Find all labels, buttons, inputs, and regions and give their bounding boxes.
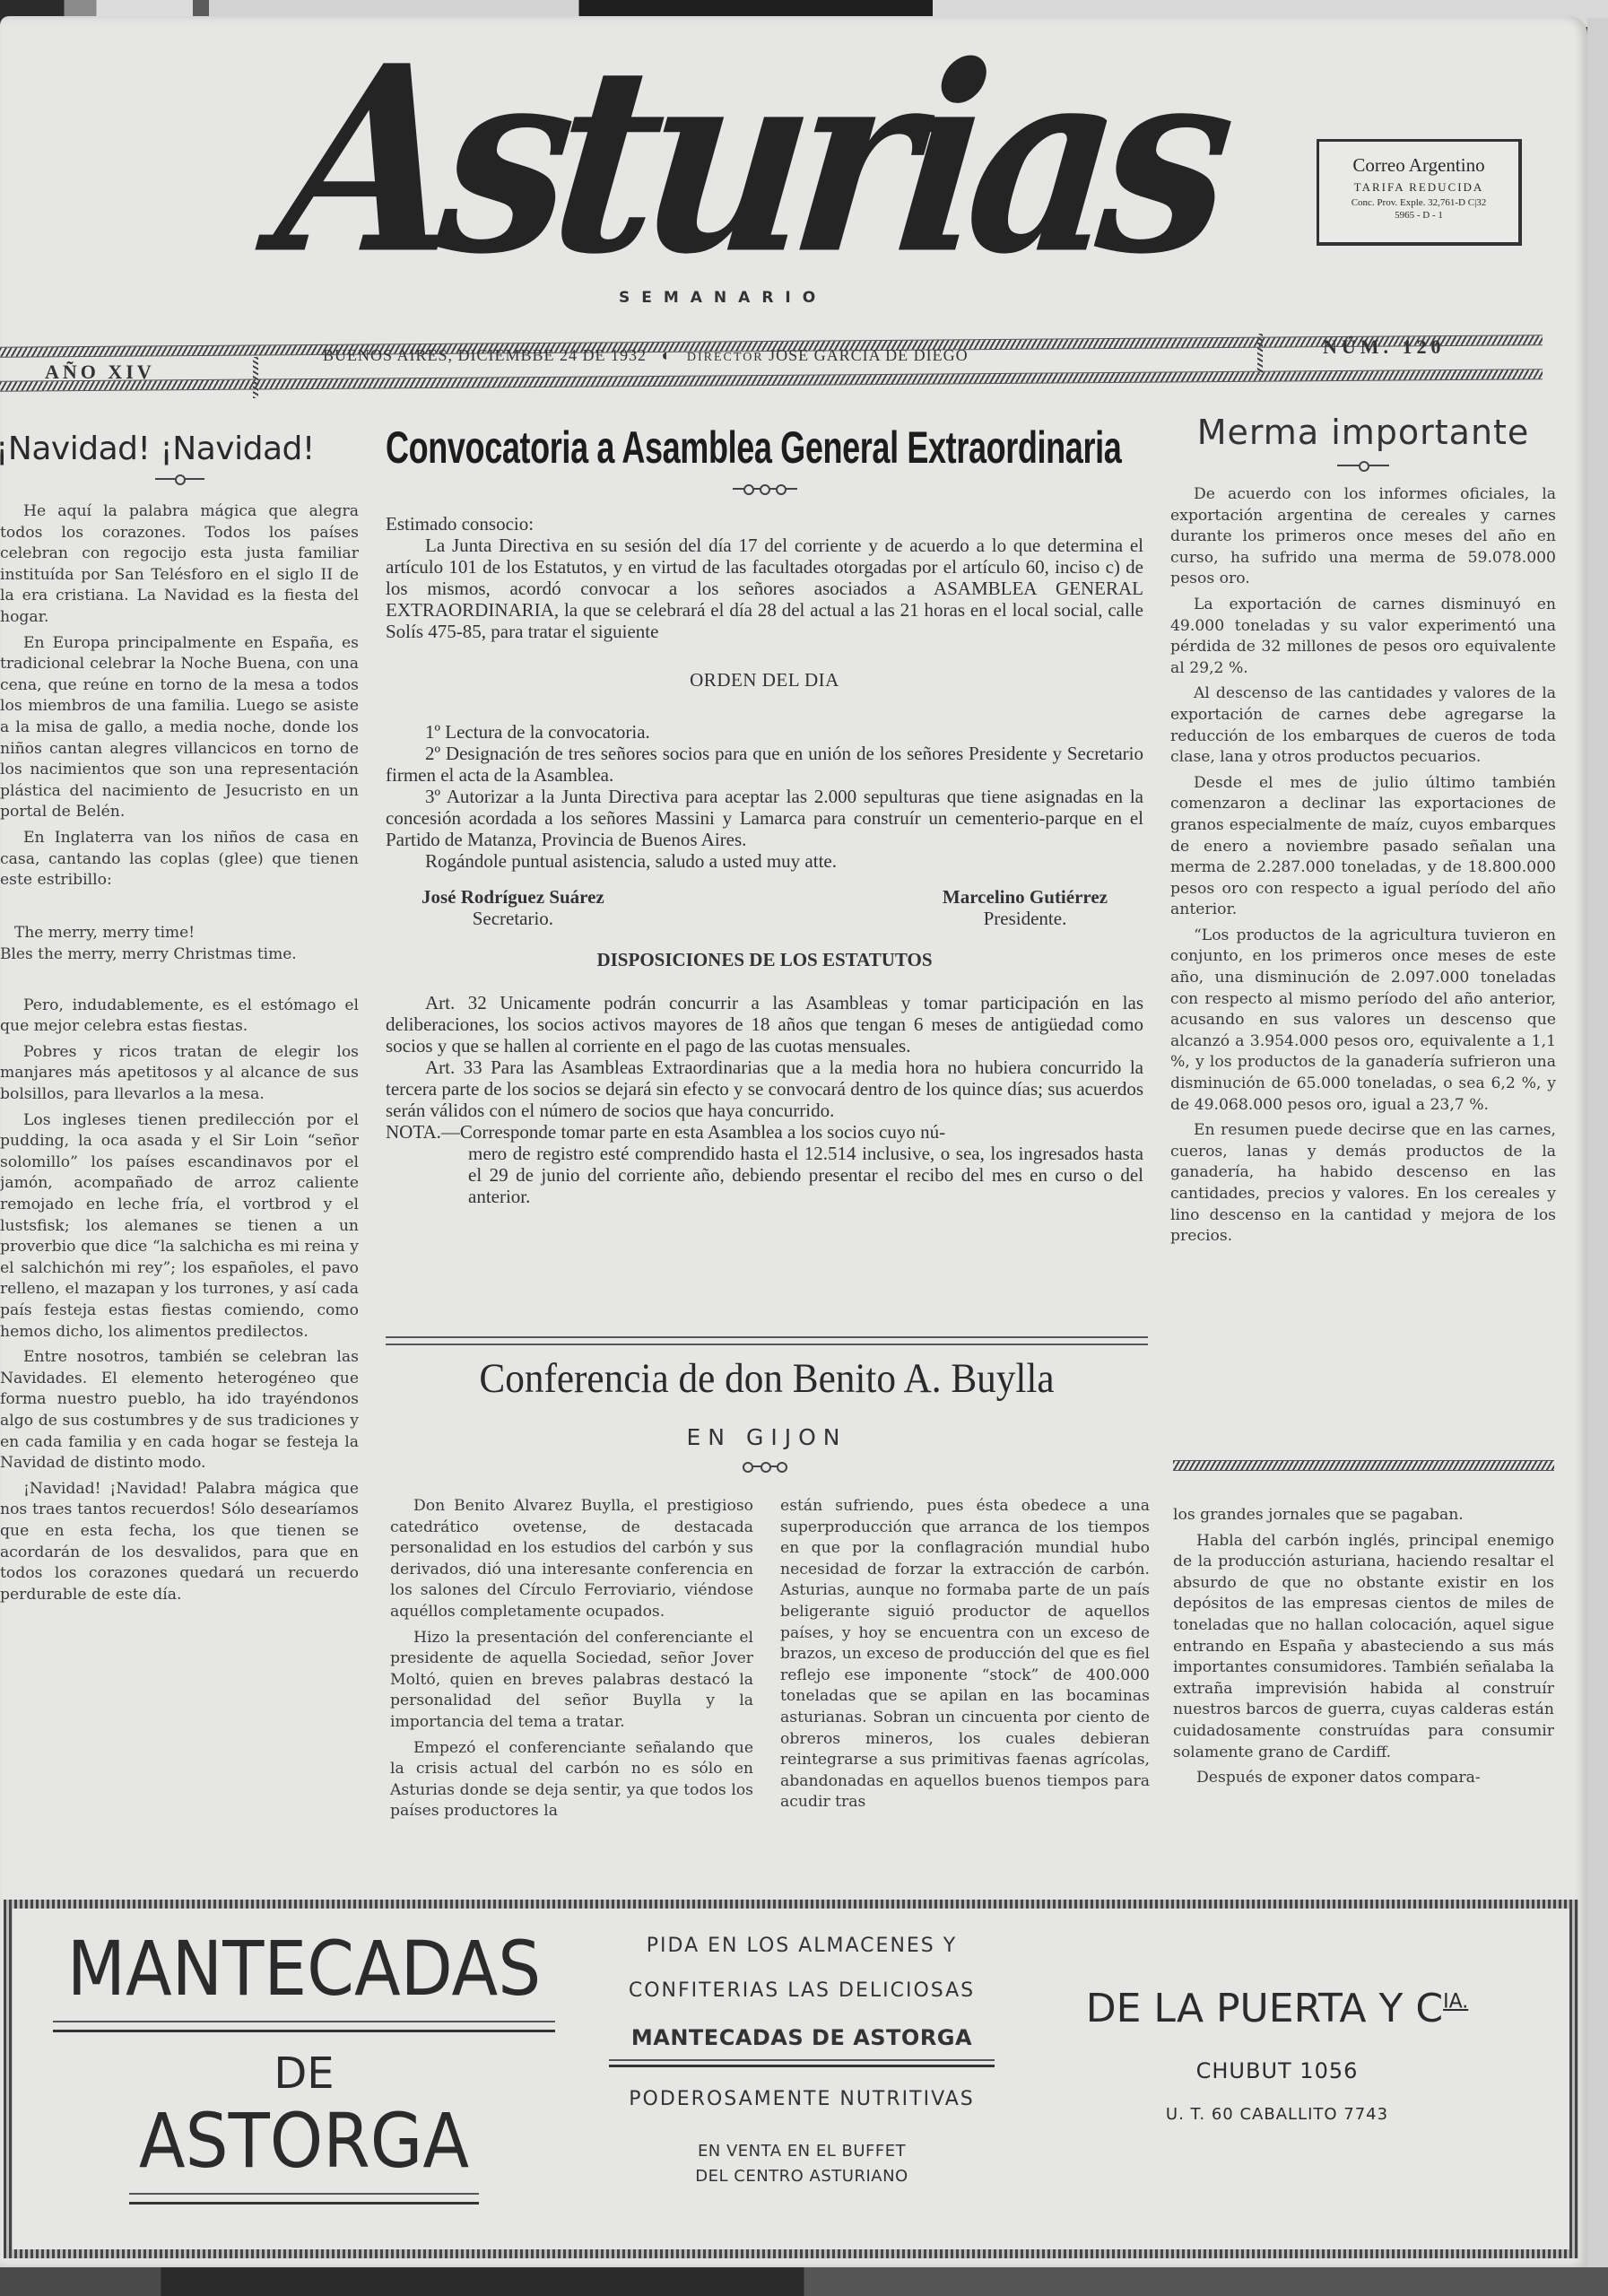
- masthead-title: Asturias: [226, 11, 1271, 312]
- photo-background-bottom: [0, 2267, 1608, 2296]
- dateline: BUENOS AIRES, DICIEMBBE 24 DE 1932 ◐ DIR…: [323, 346, 969, 365]
- paragraph: En Inglaterra van los niños de casa en c…: [0, 828, 359, 891]
- verse-line: The merry, merry time!: [0, 922, 359, 944]
- conferencia-column-1: Don Benito Alvarez Buylla, el prestigios…: [390, 1496, 753, 1822]
- statutes-heading: DISPOSICIONES DE LOS ESTATUTOS: [386, 949, 1143, 970]
- year-label: AÑO XIV: [45, 361, 155, 384]
- ad-line: PIDA EN LOS ALMACENES Y: [595, 1934, 1008, 1959]
- ad-company: DE LA PUERTA Y CIA. CHUBUT 1056 U. T. 60…: [1044, 1909, 1510, 2124]
- flourish-ornament: [743, 1460, 787, 1473]
- paragraph: Desde el mes de julio último también com…: [1170, 773, 1556, 921]
- conferencia-column-2: están sufriendo, pues ésta obedece a una…: [780, 1496, 1150, 1813]
- ad-line: CONFITERIAS LAS DELICIOSAS: [595, 1979, 1008, 2004]
- agenda-item: 3º Autorizar a la Junta Directiva para a…: [386, 786, 1143, 850]
- paragraph: La exportación de carnes disminuyó en 49…: [1170, 595, 1556, 679]
- note-label: NOTA.—: [386, 1121, 460, 1143]
- ad-phone: U. T. 60 CABALLITO 7743: [1044, 2105, 1510, 2124]
- article-title: Convocatoria a Asamblea General Extraord…: [386, 422, 931, 474]
- ad-headline: DE: [39, 2048, 569, 2099]
- director-name: JOSE GARCIA DE DIEGO: [769, 346, 969, 364]
- signature-secretary: José Rodríguez Suárez Secretario.: [422, 886, 604, 929]
- paragraph: En resumen puede decirse que en las carn…: [1170, 1120, 1556, 1248]
- ad-headline: MANTECADAS: [66, 1926, 543, 2012]
- note-text-continued: mero de registro esté comprendido hasta …: [468, 1143, 1143, 1207]
- paragraph: En Europa principalmente en España, es t…: [0, 633, 359, 823]
- bullet-ornament: ◐: [652, 346, 682, 364]
- article-navidad: ¡Navidad! ¡Navidad! He aquí la palabra m…: [0, 430, 359, 1605]
- postal-line-1: Correo Argentino: [1319, 154, 1518, 177]
- postal-rate-box: Correo Argentino TARIFA REDUCIDA Conc. P…: [1317, 139, 1522, 246]
- double-rule-divider: [386, 1336, 1148, 1345]
- conferencia-column-3: los grandes jornales que se pagaban. Hab…: [1173, 1505, 1554, 1789]
- salutation: Estimado consocio:: [386, 513, 1143, 535]
- intro-paragraph: La Junta Directiva en su sesión del día …: [386, 535, 1143, 642]
- flourish-ornament: [1337, 459, 1389, 472]
- ad-line: EN VENTA EN EL BUFFET: [595, 2139, 1008, 2164]
- paragraph: Don Benito Alvarez Buylla, el prestigios…: [390, 1496, 753, 1623]
- postal-line-3: Conc. Prov. Exple. 32,761-D C|32: [1319, 197, 1518, 208]
- paragraph: Empezó el conferenciante señalando que l…: [390, 1738, 753, 1822]
- article-title: Conferencia de don Benito A. Buylla: [416, 1354, 1117, 1403]
- agenda-heading: ORDEN DEL DIA: [386, 669, 1143, 691]
- article-body: Estimado consocio: La Junta Directiva en…: [386, 513, 1143, 1207]
- statute-article: Art. 32 Unicamente podrán concurrir a la…: [386, 992, 1143, 1057]
- paragraph: Hizo la presentación del conferenciante …: [390, 1628, 753, 1734]
- page-edge: [1587, 18, 1608, 2296]
- paragraph: He aquí la palabra mágica que alegra tod…: [0, 501, 359, 629]
- paragraph: Pobres y ricos tratan de elegir los manj…: [0, 1042, 359, 1106]
- ad-rule: [609, 2059, 995, 2067]
- ad-line-emphasis: MANTECADAS DE ASTORGA: [595, 2025, 1008, 2050]
- article-body-continued: Pero, indudablemente, es el estómago el …: [0, 996, 359, 1606]
- note-text: Corresponde tomar parte en esta Asamblea…: [460, 1121, 945, 1143]
- ad-address: CHUBUT 1056: [1044, 2058, 1510, 2083]
- ad-middle-text: PIDA EN LOS ALMACENES Y CONFITERIAS LAS …: [595, 1934, 1008, 2189]
- ad-rule: [53, 2021, 555, 2032]
- ad-rule: [129, 2193, 479, 2205]
- advertisement-inner: MANTECADAS DE ASTORGA PIDA EN LOS ALMACE…: [13, 1909, 1569, 2249]
- paragraph: De acuerdo con los informes oficiales, l…: [1170, 484, 1556, 590]
- paragraph: Pero, indudablemente, es el estómago el …: [0, 996, 359, 1038]
- signature-role: Secretario.: [422, 908, 604, 929]
- paragraph: Los ingleses tienen predilección por el …: [0, 1110, 359, 1344]
- issue-number: NÚM. 120: [1323, 335, 1446, 359]
- signature-name: José Rodríguez Suárez: [422, 886, 604, 908]
- article-title: Merma importante: [1170, 413, 1556, 452]
- flourish-ornament: [733, 483, 797, 495]
- paragraph: Entre nosotros, también se celebran las …: [0, 1347, 359, 1474]
- ad-line: PODEROSAMENTE NUTRITIVAS: [595, 2087, 1008, 2112]
- ad-company-name: DE LA PUERTA Y CIA.: [1044, 1986, 1510, 2031]
- article-convocatoria: Convocatoria a Asamblea General Extraord…: [386, 422, 1143, 1207]
- paragraph: ¡Navidad! ¡Navidad! Palabra mágica que n…: [0, 1479, 359, 1606]
- statute-article: Art. 33 Para las Asambleas Extraordinari…: [386, 1057, 1143, 1121]
- paragraph: están sufriendo, pues ésta obedece a una…: [780, 1496, 1150, 1813]
- article-title: ¡Navidad! ¡Navidad!: [0, 430, 359, 467]
- paragraph: Después de exponer datos compara-: [1173, 1768, 1554, 1789]
- paragraph: “Los productos de la agricultura tuviero…: [1170, 926, 1556, 1116]
- ad-line: DEL CENTRO ASTURIANO: [595, 2164, 1008, 2189]
- signature-role: Presidente.: [943, 908, 1108, 929]
- advertisement-box: MANTECADAS DE ASTORGA PIDA EN LOS ALMACE…: [4, 1900, 1578, 2258]
- signature-name: Marcelino Gutiérrez: [943, 886, 1108, 908]
- verse-line: Bles the merry, merry Christmas time.: [0, 944, 359, 965]
- date-text: BUENOS AIRES, DICIEMBBE 24 DE 1932: [323, 346, 647, 364]
- agenda-item: 2º Designación de tres señores socios pa…: [386, 743, 1143, 786]
- article-merma: Merma importante De acuerdo con los info…: [1170, 413, 1556, 1248]
- hatched-rule-divider: [1173, 1460, 1554, 1471]
- article-subtitle: EN GIJON: [386, 1424, 1148, 1450]
- ad-headline: ASTORGA: [66, 2099, 543, 2184]
- closing: Rogándole puntual asistencia, saludo a u…: [386, 850, 1143, 872]
- divider-ornament: [253, 357, 258, 398]
- company-suffix: IA.: [1443, 1990, 1468, 2013]
- flourish-ornament: [155, 473, 204, 485]
- agenda-item: 1º Lectura de la convocatoria.: [386, 721, 1143, 743]
- article-body: De acuerdo con los informes oficiales, l…: [1170, 484, 1556, 1248]
- verse-block: The merry, merry time! Bles the merry, m…: [0, 922, 359, 965]
- note: NOTA.— Corresponde tomar parte en esta A…: [386, 1121, 1143, 1143]
- ad-product-name: MANTECADAS DE ASTORGA: [39, 1926, 569, 2213]
- article-body: He aquí la palabra mágica que alegra tod…: [0, 501, 359, 891]
- postal-line-2: TARIFA REDUCIDA: [1319, 180, 1518, 195]
- masthead-subtitle: SEMANARIO: [619, 289, 827, 307]
- company-name: DE LA PUERTA Y C: [1086, 1986, 1443, 2031]
- divider-ornament: [1257, 334, 1263, 375]
- paragraph: Habla del carbón inglés, principal enemi…: [1173, 1531, 1554, 1764]
- paragraph: los grandes jornales que se pagaban.: [1173, 1505, 1554, 1526]
- signature-president: Marcelino Gutiérrez Presidente.: [943, 886, 1108, 929]
- director-label: DIRECTOR: [687, 351, 764, 364]
- signatures: José Rodríguez Suárez Secretario. Marcel…: [386, 886, 1143, 929]
- paragraph: Al descenso de las cantidades y valores …: [1170, 683, 1556, 768]
- postal-line-4: 5965 - D - 1: [1319, 210, 1518, 221]
